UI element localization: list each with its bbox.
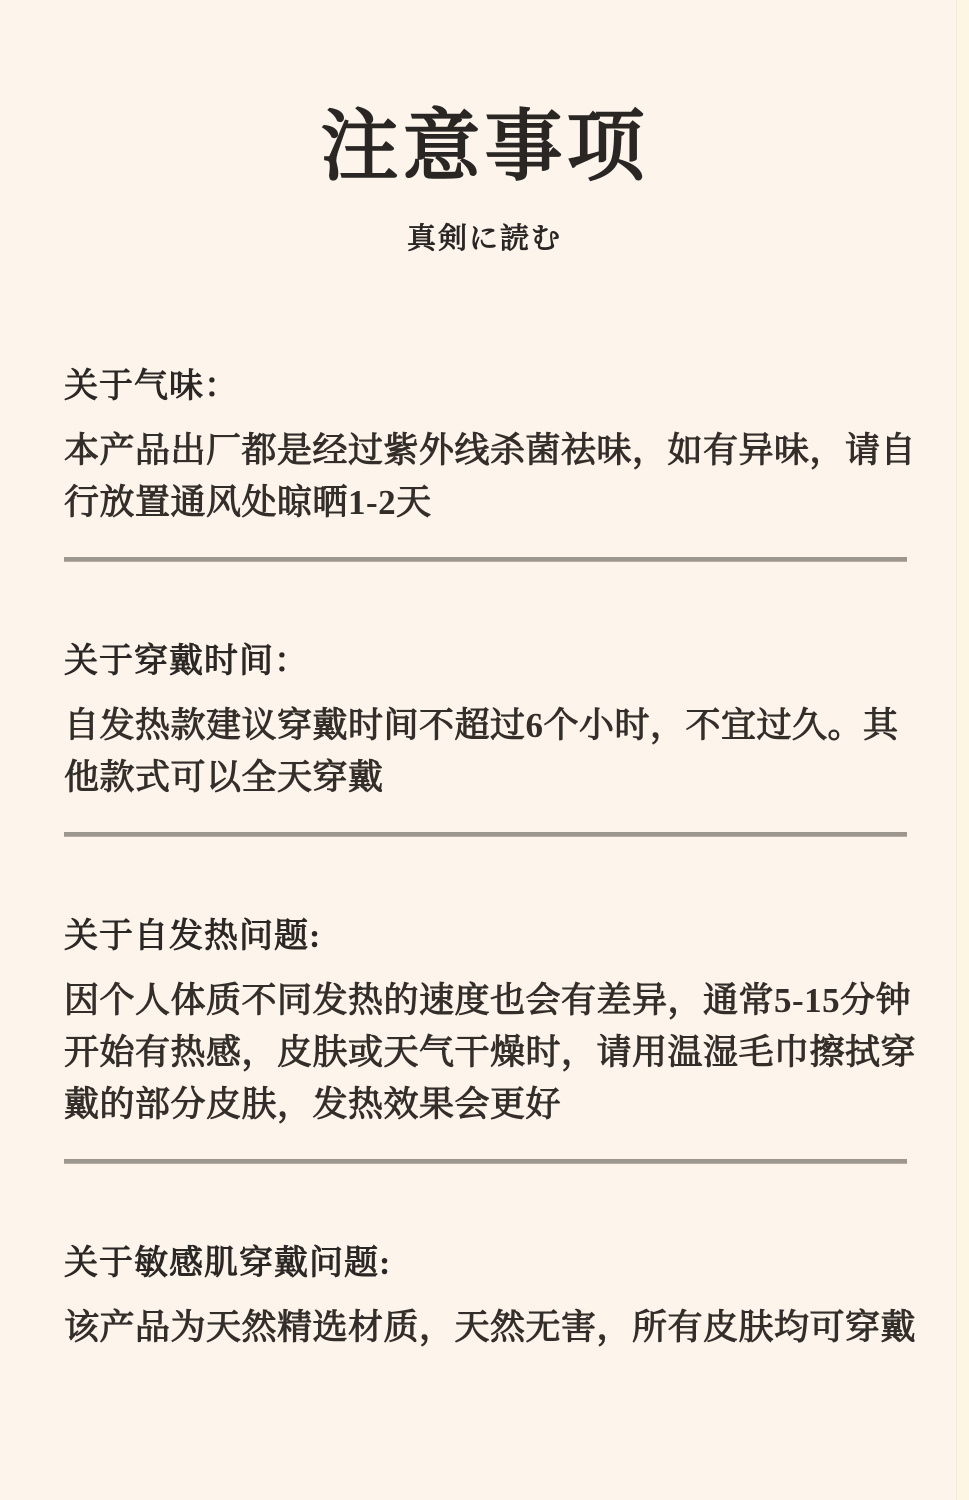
section-body: 该产品为天然精选材质，天然无害，所有皮肤均可穿戴 [64,1302,907,1354]
section-divider [64,1159,907,1164]
section-self-heating: 关于自发热问题: 因个人体质不同发热的速度也会有差异，通常5-15分钟 开始有热… [64,915,907,1131]
body-line: 戴的部分皮肤，发热效果会更好 [64,1079,907,1131]
section-divider [64,557,907,562]
section-heading: 关于敏感肌穿戴问题: [64,1242,907,1286]
body-line: 本产品出厂都是经过紫外线杀菌祛味，如有异味，请自 [64,425,907,477]
section-heading: 关于气味： [64,365,907,409]
header: 注意事项 真剣に読む [0,0,969,257]
body-line: 开始有热感，皮肤或天气干燥时，请用温湿毛巾擦拭穿 [64,1027,907,1079]
section-divider [64,832,907,837]
page-title: 注意事项 [0,100,969,194]
section-body: 因个人体质不同发热的速度也会有差异，通常5-15分钟 开始有热感，皮肤或天气干燥… [64,975,907,1131]
notice-page: { "page": { "title": "注意事项", "subtitle":… [0,0,969,1500]
section-odor: 关于气味： 本产品出厂都是经过紫外线杀菌祛味，如有异味，请自 行放置通风处晾晒1… [64,365,907,529]
section-body: 自发热款建议穿戴时间不超过6个小时，不宜过久。其 他款式可以全天穿戴 [64,700,907,804]
right-edge-strip [956,0,969,1500]
body-line: 该产品为天然精选材质，天然无害，所有皮肤均可穿戴 [64,1302,907,1354]
section-heading: 关于穿戴时间： [64,640,907,684]
body-line: 自发热款建议穿戴时间不超过6个小时，不宜过久。其 [64,700,907,752]
body-line: 他款式可以全天穿戴 [64,752,907,804]
body-line: 因个人体质不同发热的速度也会有差异，通常5-15分钟 [64,975,907,1027]
body-line: 行放置通风处晾晒1-2天 [64,477,907,529]
page-subtitle: 真剣に読む [0,216,969,257]
section-heading: 关于自发热问题: [64,915,907,959]
section-body: 本产品出厂都是经过紫外线杀菌祛味，如有异味，请自 行放置通风处晾晒1-2天 [64,425,907,529]
section-sensitive-skin: 关于敏感肌穿戴问题: 该产品为天然精选材质，天然无害，所有皮肤均可穿戴 [64,1242,907,1354]
section-wearing-time: 关于穿戴时间： 自发热款建议穿戴时间不超过6个小时，不宜过久。其 他款式可以全天… [64,640,907,804]
sections-container: 关于气味： 本产品出厂都是经过紫外线杀菌祛味，如有异味，请自 行放置通风处晾晒1… [0,365,969,1355]
